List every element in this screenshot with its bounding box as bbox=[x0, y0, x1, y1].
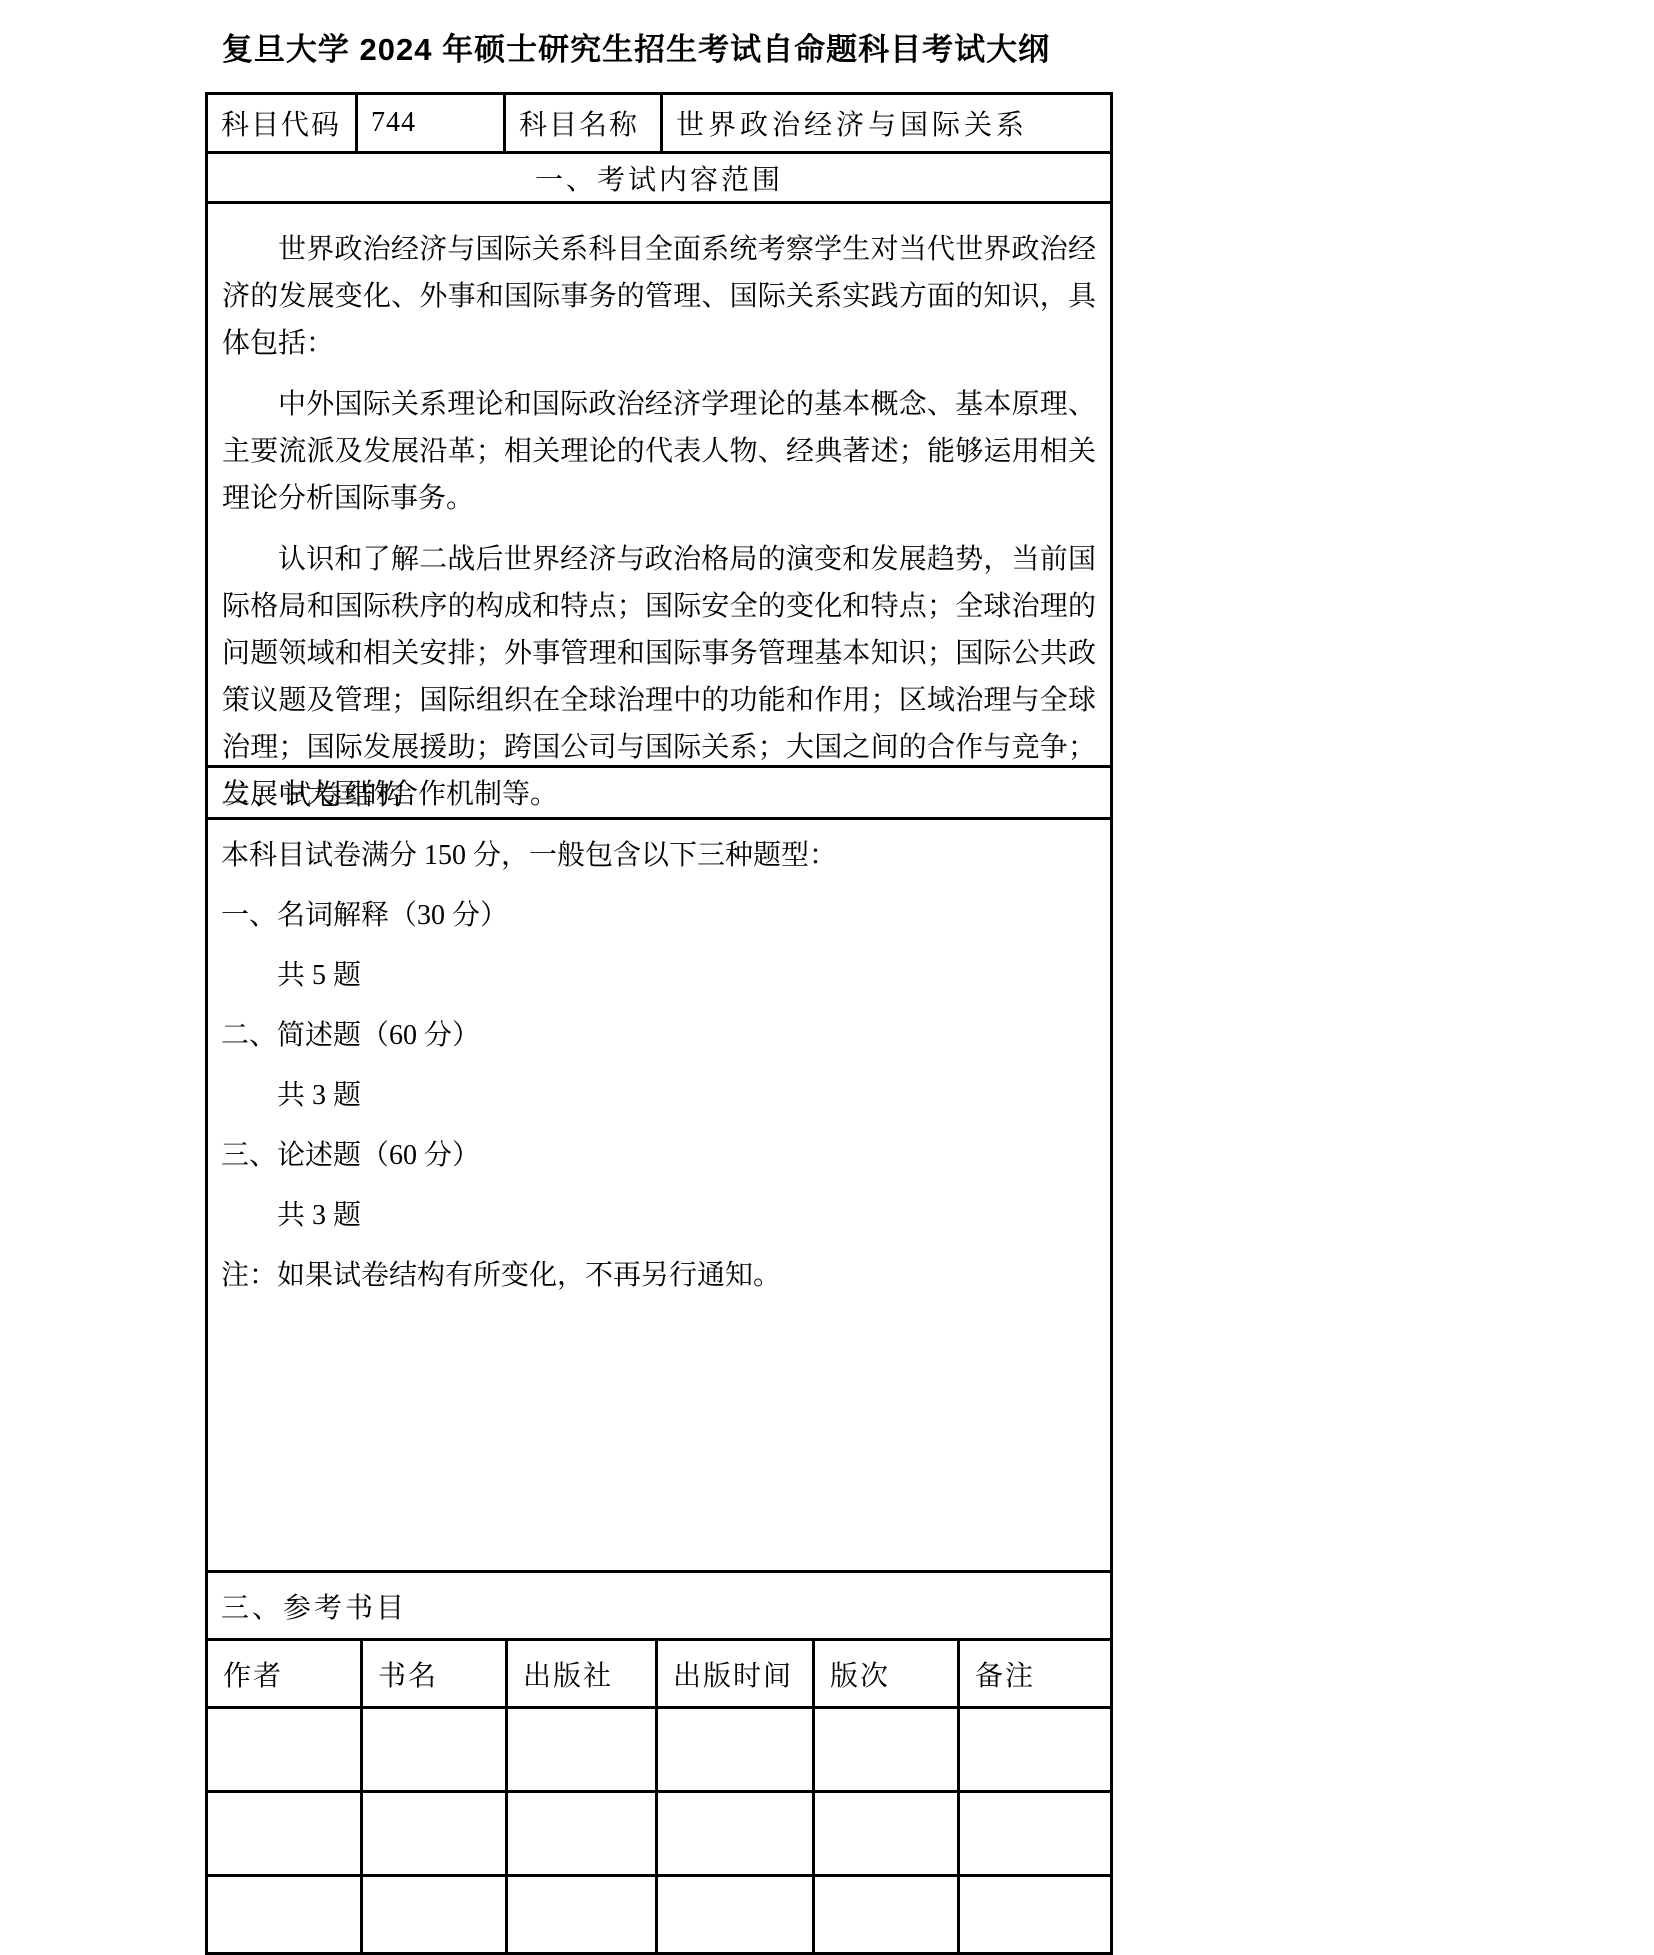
subject-name-label: 科目名称 bbox=[506, 95, 663, 151]
section2-heading: 二、试卷结构 bbox=[208, 765, 1110, 817]
reference-empty-row bbox=[208, 1706, 1110, 1790]
reference-cell-empty bbox=[508, 1793, 658, 1874]
structure-line: 共 3 题 bbox=[221, 1186, 1096, 1246]
subject-code-label: 科目代码 bbox=[208, 95, 358, 151]
reference-cell-empty bbox=[363, 1877, 508, 1952]
reference-cell-empty bbox=[658, 1877, 815, 1952]
reference-cell-empty bbox=[508, 1877, 658, 1952]
structure-line: 三、论述题（60 分） bbox=[221, 1126, 1096, 1186]
reference-cell-empty bbox=[363, 1709, 508, 1790]
page-title: 复旦大学 2024 年硕士研究生招生考试自命题科目考试大纲 bbox=[182, 24, 1090, 69]
reference-cell-empty bbox=[960, 1877, 1110, 1952]
subject-name-value: 世界政治经济与国际关系 bbox=[663, 95, 1110, 151]
reference-header-edition: 版次 bbox=[815, 1641, 960, 1706]
reference-empty-row bbox=[208, 1874, 1110, 1952]
structure-line: 一、名词解释（30 分） bbox=[221, 886, 1096, 946]
reference-cell-empty bbox=[815, 1709, 960, 1790]
structure-line: 共 3 题 bbox=[221, 1066, 1096, 1126]
reference-cell-empty bbox=[208, 1793, 363, 1874]
content-paragraph: 世界政治经济与国际关系科目全面系统考察学生对当代世界政治经济的发展变化、外事和国… bbox=[222, 226, 1096, 367]
structure-line: 本科目试卷满分 150 分，一般包含以下三种题型： bbox=[221, 826, 1096, 886]
section1-heading: 一、考试内容范围 bbox=[208, 151, 1110, 201]
reference-cell-empty bbox=[815, 1793, 960, 1874]
structure-line: 二、简述题（60 分） bbox=[221, 1006, 1096, 1066]
reference-cell-empty bbox=[508, 1709, 658, 1790]
content-paragraph: 中外国际关系理论和国际政治经济学理论的基本概念、基本原理、主要流派及发展沿革；相… bbox=[222, 381, 1096, 522]
reference-header-publish-date: 出版时间 bbox=[658, 1641, 815, 1706]
reference-header-book-title: 书名 bbox=[363, 1641, 508, 1706]
subject-row: 科目代码 744 科目名称 世界政治经济与国际关系 bbox=[208, 95, 1110, 151]
section2-content: 本科目试卷满分 150 分，一般包含以下三种题型： 一、名词解释（30 分） 共… bbox=[208, 817, 1110, 1570]
structure-line: 注：如果试卷结构有所变化，不再另行通知。 bbox=[221, 1246, 1096, 1306]
reference-cell-empty bbox=[960, 1709, 1110, 1790]
reference-header-notes: 备注 bbox=[960, 1641, 1110, 1706]
reference-cell-empty bbox=[208, 1709, 363, 1790]
reference-header-publisher: 出版社 bbox=[508, 1641, 658, 1706]
structure-line: 共 5 题 bbox=[221, 946, 1096, 1006]
reference-cell-empty bbox=[658, 1709, 815, 1790]
reference-cell-empty bbox=[658, 1793, 815, 1874]
reference-cell-empty bbox=[815, 1877, 960, 1952]
reference-cell-empty bbox=[960, 1793, 1110, 1874]
reference-header-author: 作者 bbox=[208, 1641, 363, 1706]
syllabus-table: 科目代码 744 科目名称 世界政治经济与国际关系 一、考试内容范围 世界政治经… bbox=[205, 92, 1113, 1955]
section1-content: 世界政治经济与国际关系科目全面系统考察学生对当代世界政治经济的发展变化、外事和国… bbox=[208, 201, 1110, 765]
reference-cell-empty bbox=[208, 1877, 363, 1952]
reference-empty-row bbox=[208, 1790, 1110, 1874]
reference-cell-empty bbox=[363, 1793, 508, 1874]
reference-table-header-row: 作者 书名 出版社 出版时间 版次 备注 bbox=[208, 1638, 1110, 1706]
subject-code-value: 744 bbox=[358, 95, 506, 151]
section3-heading: 三、参考书目 bbox=[208, 1570, 1110, 1638]
